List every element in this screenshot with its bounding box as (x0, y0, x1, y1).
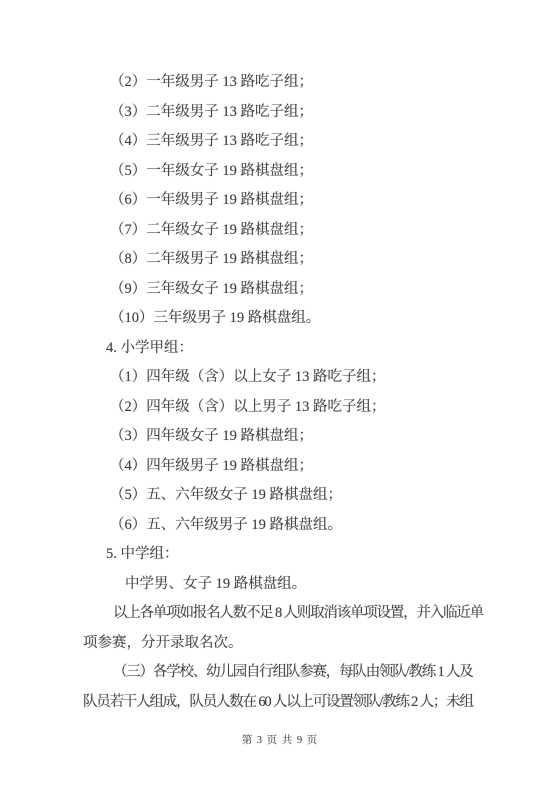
document-page: （2）一年级男子 13 路吃子组；（3）二年级男子 13 路吃子组；（4）三年级… (0, 0, 560, 793)
text-line: 队员若干人组成，队员人数在 60 人以上可设置领队/教练 2 人；未组 (83, 688, 478, 718)
text-line: （6）五、六年级男子 19 路棋盘组。 (83, 511, 478, 541)
page-number: 第 3 页 共 9 页 (0, 733, 560, 749)
text-line: 4. 小学甲组： (83, 334, 478, 364)
text-line: （8）二年级男子 19 路棋盘组； (83, 245, 478, 275)
text-line: （3）二年级男子 13 路吃子组； (83, 98, 478, 128)
text-line: （5）一年级女子 19 路棋盘组； (83, 157, 478, 187)
text-line: 中学男、女子 19 路棋盘组。 (83, 570, 478, 600)
text-line: 项参赛，分开录取名次。 (83, 629, 478, 659)
text-line: （1）四年级（含）以上女子 13 路吃子组； (83, 363, 478, 393)
text-line: 以上各单项如报名人数不足 8 人则取消该单项设置，并入临近单 (83, 599, 478, 629)
text-line: （6）一年级男子 19 路棋盘组； (83, 186, 478, 216)
text-line: （三）各学校、幼儿园自行组队参赛，每队由领队/教练 1 人及 (83, 658, 478, 688)
text-line: （3）四年级女子 19 路棋盘组； (83, 422, 478, 452)
text-line: （9）三年级女子 19 路棋盘组； (83, 275, 478, 305)
text-line: （7）二年级女子 19 路棋盘组； (83, 216, 478, 246)
text-block: （2）一年级男子 13 路吃子组；（3）二年级男子 13 路吃子组；（4）三年级… (83, 68, 478, 717)
text-line: （2）四年级（含）以上男子 13 路吃子组； (83, 393, 478, 423)
text-line: （2）一年级男子 13 路吃子组； (83, 68, 478, 98)
text-line: （4）四年级男子 19 路棋盘组； (83, 452, 478, 482)
text-line: （5）五、六年级女子 19 路棋盘组； (83, 481, 478, 511)
text-line: 5. 中学组： (83, 540, 478, 570)
text-line: （10）三年级男子 19 路棋盘组。 (83, 304, 478, 334)
text-line: （4）三年级男子 13 路吃子组； (83, 127, 478, 157)
